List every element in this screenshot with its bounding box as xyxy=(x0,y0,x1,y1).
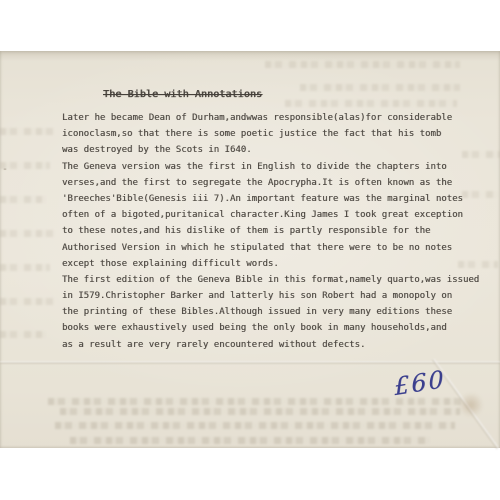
handwritten-price-annotation: £60 xyxy=(394,365,447,401)
bleedthrough-text xyxy=(70,437,430,444)
horizontal-fold-crease xyxy=(0,361,500,364)
typed-line: was destroyed by the Scots in I640. xyxy=(62,142,482,158)
typed-document-photo: The Bible with Annotations Later he beca… xyxy=(0,51,500,448)
typed-line: to these notes,and his dislike of them i… xyxy=(62,223,482,239)
typed-line: 'Breeches'Bible(Genesis iii 7).An import… xyxy=(62,191,482,207)
bleedthrough-text xyxy=(265,61,460,68)
typed-line: in I579.Christopher Barker and latterly … xyxy=(62,288,482,304)
typed-line: The Geneva version was the first in Engl… xyxy=(62,159,482,175)
typed-line: Later he became Dean of Durham,andwwas r… xyxy=(62,110,482,126)
typed-paragraph: Later he became Dean of Durham,andwwas r… xyxy=(62,110,482,353)
typed-line: Authorised Version in which he stipulate… xyxy=(62,240,482,256)
bleedthrough-text xyxy=(0,264,50,271)
typed-line: iconoclasm,so that there is some poetic … xyxy=(62,126,482,142)
document-heading-struck: The Bible with Annotations xyxy=(103,89,262,100)
paper-stain xyxy=(458,393,484,417)
typed-line: The first edition of the Geneva Bible in… xyxy=(62,272,482,288)
typed-line: the printing of these Bibles.Although is… xyxy=(62,304,482,320)
bleedthrough-text xyxy=(0,298,55,305)
typed-line: as a result are very rarely encountered … xyxy=(62,337,482,353)
bleedthrough-text xyxy=(0,331,46,338)
bleedthrough-text xyxy=(300,84,460,91)
typed-line: except those explaining difficult words. xyxy=(62,256,482,272)
paper-edge-shading xyxy=(0,51,500,61)
margin-dash-mark: - xyxy=(2,164,8,175)
typed-line: books were exhaustively used being the o… xyxy=(62,320,482,336)
typed-line: verses,and the first to segregate the Ap… xyxy=(62,175,482,191)
typed-line: often of a bigoted,puritanical character… xyxy=(62,207,482,223)
bleedthrough-text xyxy=(0,196,46,203)
bleedthrough-text xyxy=(0,230,55,237)
bleedthrough-text xyxy=(285,100,457,107)
bleedthrough-text xyxy=(60,408,460,415)
bleedthrough-text xyxy=(0,128,55,135)
auction-listing-photo: The Bible with Annotations Later he beca… xyxy=(0,0,500,500)
bleedthrough-text xyxy=(55,422,455,429)
